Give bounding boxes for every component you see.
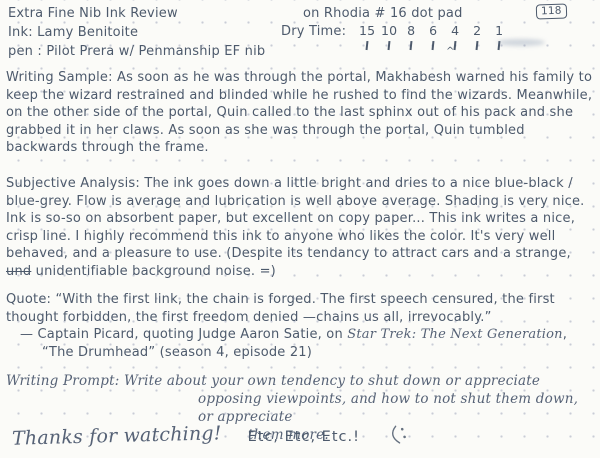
dry-time-value: 10 — [381, 24, 397, 38]
tick-mark — [388, 41, 391, 50]
dry-time-column: 15 — [356, 24, 378, 50]
dry-time-column: 8 — [400, 24, 422, 50]
dry-time-column: 6 — [422, 24, 444, 50]
quote-text: “With the first link, the chain is forge… — [6, 292, 555, 325]
quote-attribution-prefix: — Captain Picard, quoting Judge Aaron Sa… — [20, 327, 347, 342]
series-title: Star Trek: The Next Generation — [347, 327, 563, 342]
tick-mark — [410, 41, 413, 50]
closing-line: Thanks for watching! Etc, Etc, Etc.! — [12, 423, 410, 447]
ink-name-line: Ink: Lamy Benitoite — [8, 24, 138, 42]
quote-section: Quote: “With the first link, the chain i… — [6, 291, 596, 361]
dry-time-value: 1 — [495, 24, 503, 38]
thanks-message: Thanks for watching! — [12, 422, 222, 449]
quote-attribution-suffix: , — [563, 327, 567, 342]
writing-prompt-line1: Writing Prompt: Write about your own ten… — [6, 372, 596, 390]
quote-attribution: — Captain Picard, quoting Judge Aaron Sa… — [20, 326, 596, 344]
tick-mark — [476, 41, 479, 50]
subjective-analysis-label: Subjective Analysis: — [6, 176, 140, 191]
quote-attribution-line2: “The Drumhead” (season 4, episode 21) — [42, 344, 596, 362]
dry-time-test: Dry Time: 15 10 8 6 4 2 1 — [281, 24, 510, 50]
page-title: Extra Fine Nib Ink Review — [8, 5, 178, 23]
dry-time-column: 10 — [378, 24, 400, 50]
dry-time-value: 15 — [359, 24, 375, 38]
writing-prompt-text: Write about your own tendency to shut do… — [120, 373, 541, 389]
subjective-analysis-section: Subjective Analysis: The ink goes down a… — [6, 175, 596, 280]
writing-prompt-line2: opposing viewpoints, and how to not shut… — [198, 390, 596, 426]
dry-time-column: 2 — [466, 24, 488, 50]
ink-smudge — [497, 39, 545, 46]
smiley-face-icon — [385, 420, 411, 447]
writing-sample-section: Writing Sample: As soon as he was throug… — [6, 69, 596, 157]
quote-text-block: Quote: “With the first link, the chain i… — [6, 291, 596, 326]
pen-name-line: pen : Pilot Prera w/ Penmanship EF nib — [8, 43, 265, 61]
paper-note: on Rhodia # 16 dot pad — [303, 5, 463, 23]
etc-text: Etc, Etc, Etc.! — [248, 429, 360, 447]
dry-time-value: 6 — [429, 24, 437, 38]
dry-time-label: Dry Time: — [281, 24, 346, 39]
dry-time-value: 4 — [451, 24, 459, 38]
writing-sample-label: Writing Sample: — [6, 70, 113, 85]
tick-mark — [432, 41, 435, 50]
page-number-badge: 118 — [536, 3, 567, 19]
quote-label: Quote: — [6, 292, 51, 307]
caret-mark: ^ — [446, 46, 455, 57]
dry-time-value: 2 — [473, 24, 481, 38]
dry-time-column: 1 — [488, 24, 510, 50]
struck-out-word: und — [6, 264, 31, 279]
dry-time-value: 8 — [407, 24, 415, 38]
subjective-analysis-text-cont: unidentifiable background noise. =) — [31, 264, 276, 279]
tick-mark — [366, 41, 369, 50]
writing-prompt-label: Writing Prompt: — [6, 373, 120, 389]
